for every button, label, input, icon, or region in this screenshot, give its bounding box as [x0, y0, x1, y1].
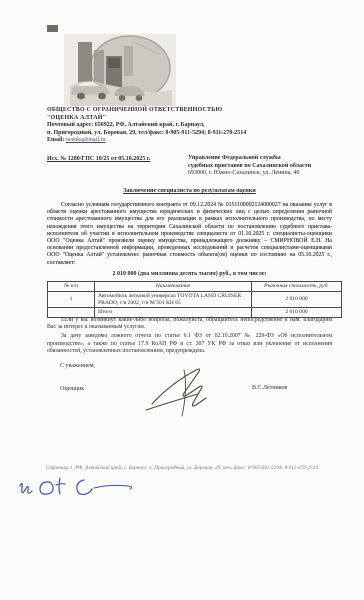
email-label: Email:: [47, 137, 64, 143]
closing-paragraph-1: Если у вас возникнут какие-либо вопросы,…: [47, 317, 332, 331]
scanned-letter-page: ОБЩЕСТВО С ОГРАНИЧЕННОЙ ОТВЕТСТВЕННОСТЬЮ…: [0, 0, 364, 600]
recipient-line3: 693000, г. Южно-Сахалинск, ул. Ленина, 4…: [188, 170, 338, 178]
closing-paragraph-2: За дачу заведомо ложного отчета по стать…: [47, 333, 332, 355]
email-link: ocenka@mail.ru: [66, 137, 106, 143]
recipient-line1: Управление Федеральной службы: [188, 155, 338, 163]
closing-block: Если у вас возникнут какие-либо вопросы,…: [47, 317, 332, 357]
letterhead: ОБЩЕСТВО С ОГРАНИЧЕННОЙ ОТВЕТСТВЕННОСТЬЮ…: [47, 107, 337, 145]
row-num: 1: [48, 291, 95, 308]
salutation: С уважением,: [60, 363, 95, 369]
row-name: Автомобиль легковой универсал TOYOTA LAN…: [95, 291, 252, 308]
signer-role: Оценщик: [60, 386, 84, 392]
email-line: Email: ocenka@mail.ru: [47, 137, 337, 145]
header-value: Рыночная стоимость, руб.: [252, 282, 342, 292]
total-value-line: 2 010 000 (два миллиона десять тысяч) ру…: [47, 271, 332, 277]
company-name-line1: ОБЩЕСТВО С ОГРАНИЧЕННОЙ ОТВЕТСТВЕННОСТЬЮ: [47, 107, 337, 115]
recipient-line2: судебных приставов по Сахалинской област…: [188, 163, 338, 171]
header-num: № п/п: [48, 282, 95, 292]
outgoing-reference: Исх. № 1280/ГПС 10/25 от 05.10.2025 г.: [47, 156, 150, 162]
scan-artifact-mark: [47, 25, 58, 32]
postal-address-line1: Почтовый адрес: 656922, РФ, Алтайский кр…: [47, 122, 337, 130]
row-value: 2 010 000: [252, 291, 342, 308]
signature-scribble: [138, 360, 234, 418]
company-name-line2: "ОЦЕНКА АЛТАЙ": [47, 115, 337, 123]
table-row: 1 Автомобиль легковой универсал TOYOTA L…: [48, 291, 342, 308]
header-name: Наименование: [95, 282, 252, 292]
postal-address-line2: п. Пригородный, ул. Боровая, 29, тел/фак…: [47, 130, 337, 138]
recipient-block: Управление Федеральной службы судебных п…: [188, 155, 338, 178]
handwritten-note: [12, 468, 142, 508]
valuation-table: № п/п Наименование Рыночная стоимость, р…: [47, 281, 342, 318]
table-header-row: № п/п Наименование Рыночная стоимость, р…: [48, 282, 342, 292]
signer-name: В.С.Летников: [252, 385, 287, 391]
document-title: Заключение специалиста по результатам оц…: [47, 188, 332, 194]
body-paragraph: Согласно условиям государственного контр…: [47, 202, 332, 267]
company-logo-image: [64, 34, 176, 106]
